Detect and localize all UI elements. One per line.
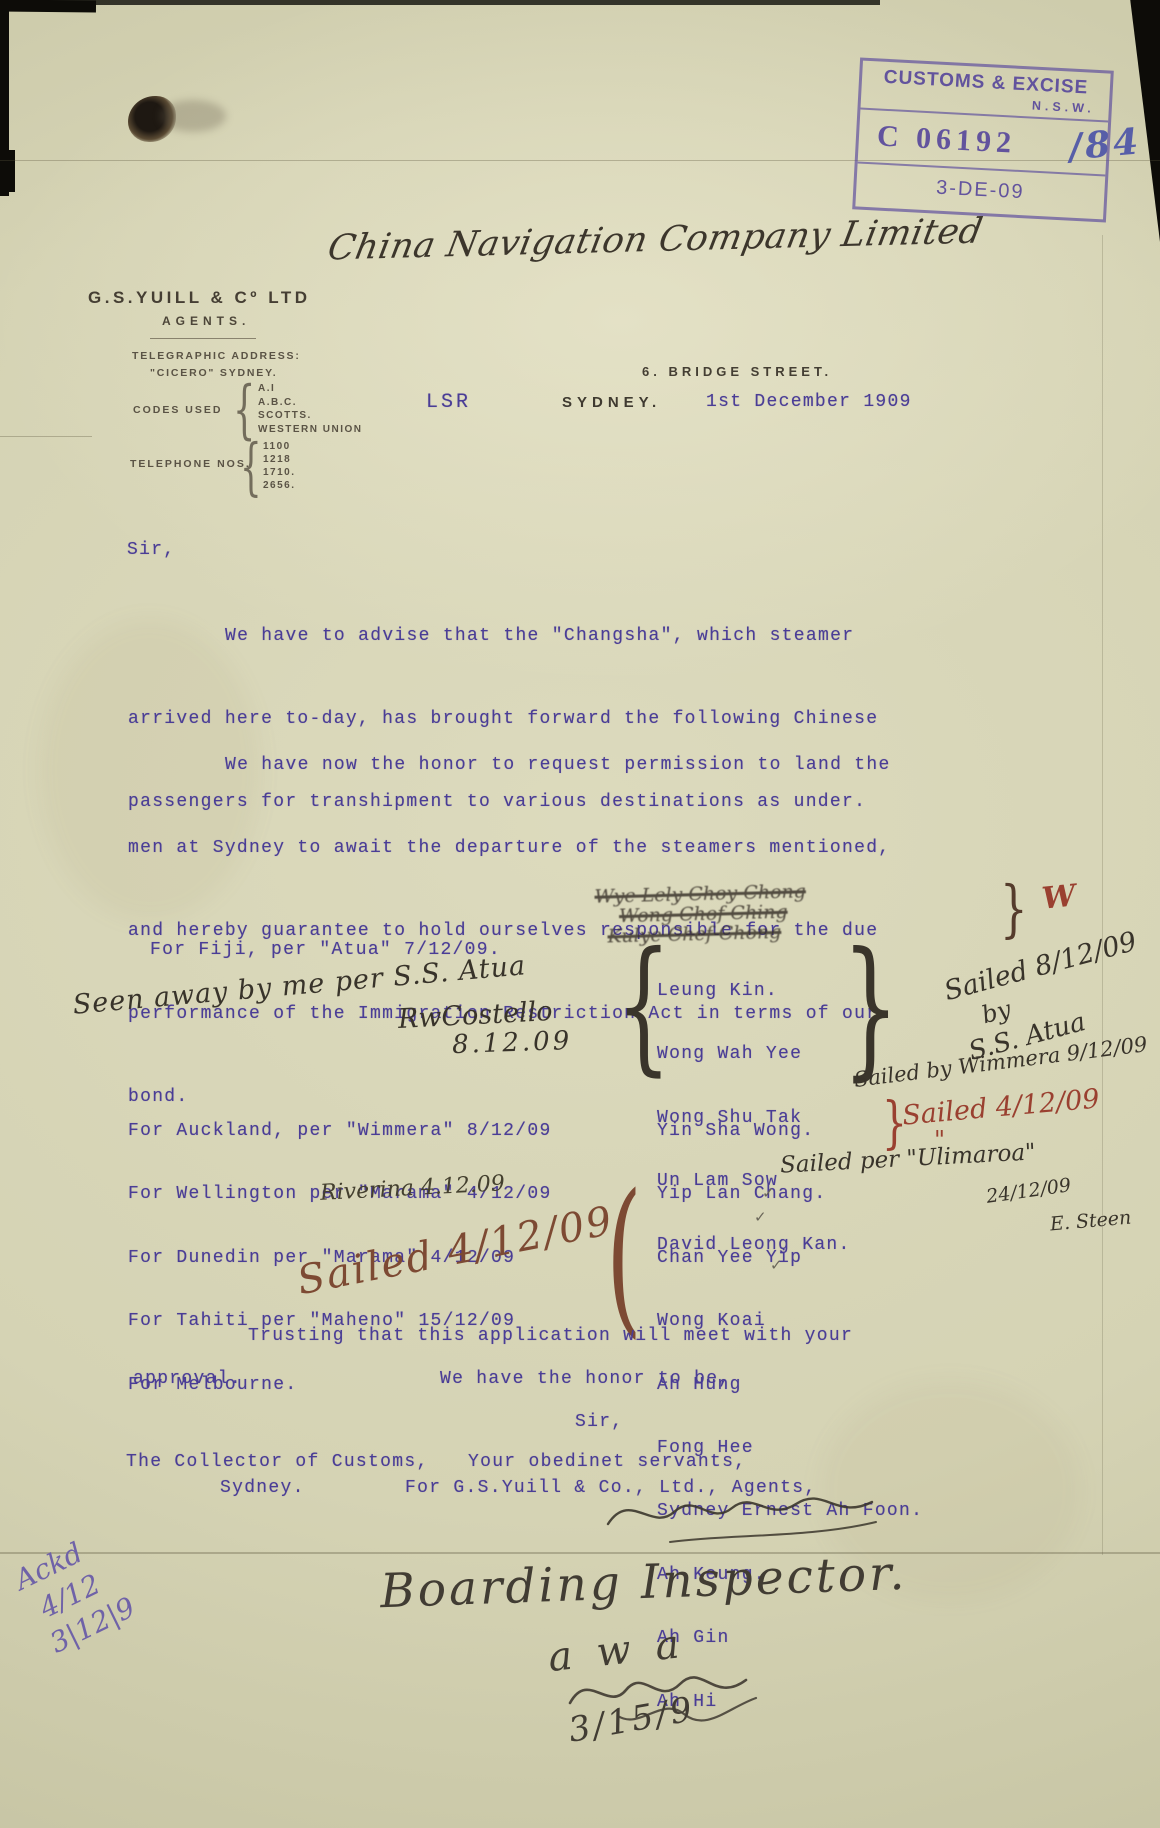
codes-list: A.I A.B.C. SCOTTS. WESTERN UNION [258, 382, 363, 436]
closing-trusting: Trusting that this application will meet… [248, 1326, 853, 1346]
phone-brace: { [240, 436, 262, 498]
closing-honor: We have the honor to be, [440, 1369, 730, 1389]
steen-signature-text: E. Steen [1049, 1206, 1132, 1235]
checkmark: ✓ [770, 1256, 783, 1274]
scan-edge-left-nub [0, 150, 15, 192]
fiji-passenger: Wong Wah Yee [657, 1043, 851, 1066]
letterhead-rule [150, 338, 256, 339]
passenger: Yip Lan Chang. [657, 1183, 923, 1206]
crossed-names-brace: } [1000, 878, 1028, 940]
checkmark: ✓ [762, 1184, 775, 1202]
w-mark: W [1040, 878, 1077, 916]
telegraphic-label: TELEGRAPHIC ADDRESS: [132, 350, 301, 362]
closing-servants: Your obedinet servants, [468, 1452, 746, 1472]
fiji-names-brace-close: } [842, 933, 899, 1083]
letter-date: 1st December 1909 [706, 392, 912, 412]
passenger: Ah Gin [657, 1627, 923, 1650]
code-item: A.I [258, 382, 363, 396]
phone-list: 1100 1218 1710. 2656. [263, 440, 296, 492]
fiji-passenger: Leung Kin. [657, 980, 851, 1003]
body-line: men at Sydney to await the departure of … [128, 827, 891, 870]
customs-stamp: CUSTOMS & EXCISE N.S.W. C 06192 /84 3-DE… [852, 57, 1114, 222]
reference-initials: LSR [426, 391, 471, 414]
stamp-number-handwritten: /84 [1053, 120, 1143, 169]
street-address: 6. BRIDGE STREET. [642, 364, 832, 379]
scan-edge-top [0, 0, 880, 5]
crease-left [0, 436, 92, 437]
stamp-number: C 06192 [876, 119, 1017, 159]
paper-smudge [160, 100, 226, 132]
phone-item: 1100 [263, 440, 296, 453]
company-script-title: China Navigation Company Limited [325, 211, 986, 268]
agent-signature-underline [670, 1522, 876, 1542]
closing-collector: The Collector of Customs, [126, 1452, 429, 1472]
ulimaroa-date: 24/12/09 [985, 1174, 1073, 1208]
costello-date: 8.12.09 [452, 1026, 573, 1060]
letterhead-company: G.S.YUILL & Cº LTD [88, 288, 311, 308]
letterhead-agents: AGENTS. [162, 314, 250, 328]
destination-line: For Auckland, per "Wimmera" 8/12/09 [128, 1120, 552, 1143]
passenger: Chan Yee Yip [657, 1247, 923, 1270]
sailed-red-note: Sailed 4/12/09 [901, 1083, 1101, 1131]
letter-scan: CUSTOMS & EXCISE N.S.W. C 06192 /84 3-DE… [0, 0, 1160, 1828]
phone-item: 1218 [263, 453, 296, 466]
body-line: We have now the honor to request permiss… [128, 744, 891, 787]
ackd-note: Ackd 4/12 3|12|9 [9, 1525, 141, 1663]
agent-signature [600, 1482, 890, 1552]
sheet-edge-right [1102, 235, 1103, 1555]
checkmark: ✓ [754, 1208, 767, 1226]
melbourne-group-brace: ( [606, 1172, 642, 1340]
code-item: SCOTTS. [258, 409, 363, 423]
closing-approval: approval. [133, 1369, 242, 1389]
body-line: We have to advise that the "Changsha", w… [128, 615, 878, 658]
codes-label: CODES USED [133, 404, 222, 416]
code-item: WESTERN UNION [258, 423, 363, 437]
code-item: A.B.C. [258, 396, 363, 410]
phone-label: TELEPHONE NOS. [130, 458, 251, 470]
closing-sir: Sir, [575, 1412, 623, 1432]
closing-sydney: Sydney. [220, 1478, 305, 1498]
salutation: Sir, [127, 540, 175, 560]
scan-edge-top-left [0, 0, 96, 13]
phone-item: 1710. [263, 466, 296, 479]
passenger-list: Yin Sha Wong. Yip Lan Chang. Chan Yee Yi… [657, 1080, 923, 1754]
telegraphic-value: "CICERO" SYDNEY. [150, 367, 277, 379]
agent-signature-stroke [608, 1499, 872, 1524]
city: SYDNEY. [562, 394, 661, 411]
phone-item: 2656. [263, 479, 296, 492]
